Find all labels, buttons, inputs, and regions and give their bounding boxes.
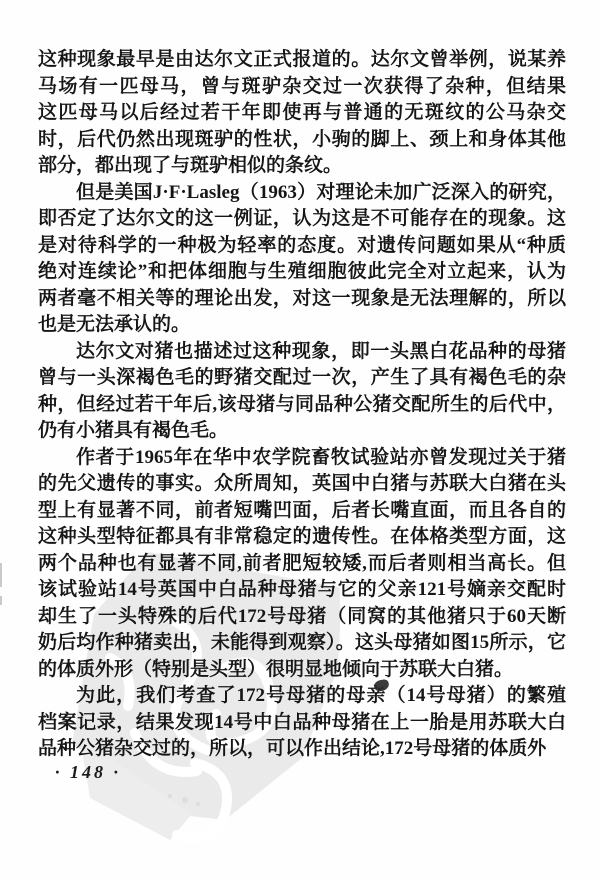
text-line: 这种头型特征都具有非常稳定的遗传性。在体格类型方面，这	[38, 524, 566, 551]
text-line: 但是美国J·F·Lasleg（1963）对理论未加广泛深入的研究，	[38, 180, 566, 207]
paragraph: 这种现象最早是由达尔文正式报道的。达尔文曾举例，说某养马场有一匹母马，曾与斑驴杂…	[38, 47, 566, 180]
text-line: 部分，都出现了与斑驴相似的条纹。	[38, 153, 566, 180]
text-line: 曾与一头深褐色毛的野猪交配过一次，产生了具有褐色毛的杂	[38, 365, 566, 392]
text-line: 两者毫不相关等的理论出发，对这一现象是无法理解的，所以	[38, 286, 566, 313]
text-line: 是对待科学的一种极为轻率的态度。对遗传问题如果从“种质	[38, 233, 566, 260]
body-text: 这种现象最早是由达尔文正式报道的。达尔文曾举例，说某养马场有一匹母马，曾与斑驴杂…	[38, 47, 566, 763]
stamp-speckles	[168, 794, 200, 806]
text-line: 为此，我们考查了172号母猪的母亲（14号母猪）的繁殖	[38, 683, 566, 710]
text-line: 即否定了达尔文的这一例证，认为这是不可能存在的现象。这	[38, 206, 566, 233]
text-line: 这匹母马以后经过若干年即使再与普通的无斑纹的公马杂交	[38, 100, 566, 127]
scan-edge-mark	[0, 596, 2, 605]
text-line: 仍有小猪具有褐色毛。	[38, 418, 566, 445]
text-line: 奶后均作种猪卖出，未能得到观察）。这头母猪如图15所示，它	[38, 630, 566, 657]
text-line: 也是无法承认的。	[38, 312, 566, 339]
text-line: 的体质外形（特别是头型）很明显地倾向于苏联大白猪。	[38, 657, 566, 684]
scan-edge-mark	[0, 563, 2, 587]
text-line: 这种现象最早是由达尔文正式报道的。达尔文曾举例，说某养	[38, 47, 566, 74]
text-line: 的先父遗传的事实。众所周知，英国中白猪与苏联大白猪在头	[38, 471, 566, 498]
paragraph: 达尔文对猪也描述过这种现象，即一头黑白花品种的母猪曾与一头深褐色毛的野猪交配过一…	[38, 339, 566, 445]
paragraph: 为此，我们考查了172号母猪的母亲（14号母猪）的繁殖档案记录，结果发现14号中…	[38, 683, 566, 763]
text-line: 该试验站14号英国中白品种母猪与它的父亲121号嫡亲交配时	[38, 577, 566, 604]
paragraph: 作者于1965年在华中农学院畜牧试验站亦曾发现过关于猪的先父遗传的事实。众所周知…	[38, 445, 566, 684]
paragraph: 但是美国J·F·Lasleg（1963）对理论未加广泛深入的研究，即否定了达尔文…	[38, 180, 566, 339]
text-line: 时，后代仍然出现斑驴的性状，小驹的脚上、颈上和身体其他	[38, 127, 566, 154]
text-line: 型上有显著不同，前者短嘴凹面，后者长嘴直面，而且各自的	[38, 498, 566, 525]
book-page: 这种现象最早是由达尔文正式报道的。达尔文曾举例，说某养马场有一匹母马，曾与斑驴杂…	[0, 0, 600, 880]
text-line: 两个品种也有显著不同,前者肥短较矮,而后者则相当高长。但	[38, 551, 566, 578]
text-line: 达尔文对猪也描述过这种现象，即一头黑白花品种的母猪	[38, 339, 566, 366]
text-line: 种，但经过若干年后,该母猪与同品种公猪交配所生的后代中，	[38, 392, 566, 419]
page-number: · 148 ·	[55, 762, 121, 783]
text-line: 马场有一匹母马，曾与斑驴杂交过一次获得了杂种，但结果	[38, 74, 566, 101]
text-line: 绝对连续论”和把体细胞与生殖细胞彼此完全对立起来，认为	[38, 259, 566, 286]
text-line: 却生了一头特殊的后代172号母猪（同窝的其他猪只于60天断	[38, 604, 566, 631]
text-line: 作者于1965年在华中农学院畜牧试验站亦曾发现过关于猪	[38, 445, 566, 472]
text-line: 档案记录，结果发现14号中白品种母猪在上一胎是用苏联大白	[38, 710, 566, 737]
text-line: 品种公猪杂交过的，所以，可以作出结论,172号母猪的体质外	[38, 736, 566, 763]
